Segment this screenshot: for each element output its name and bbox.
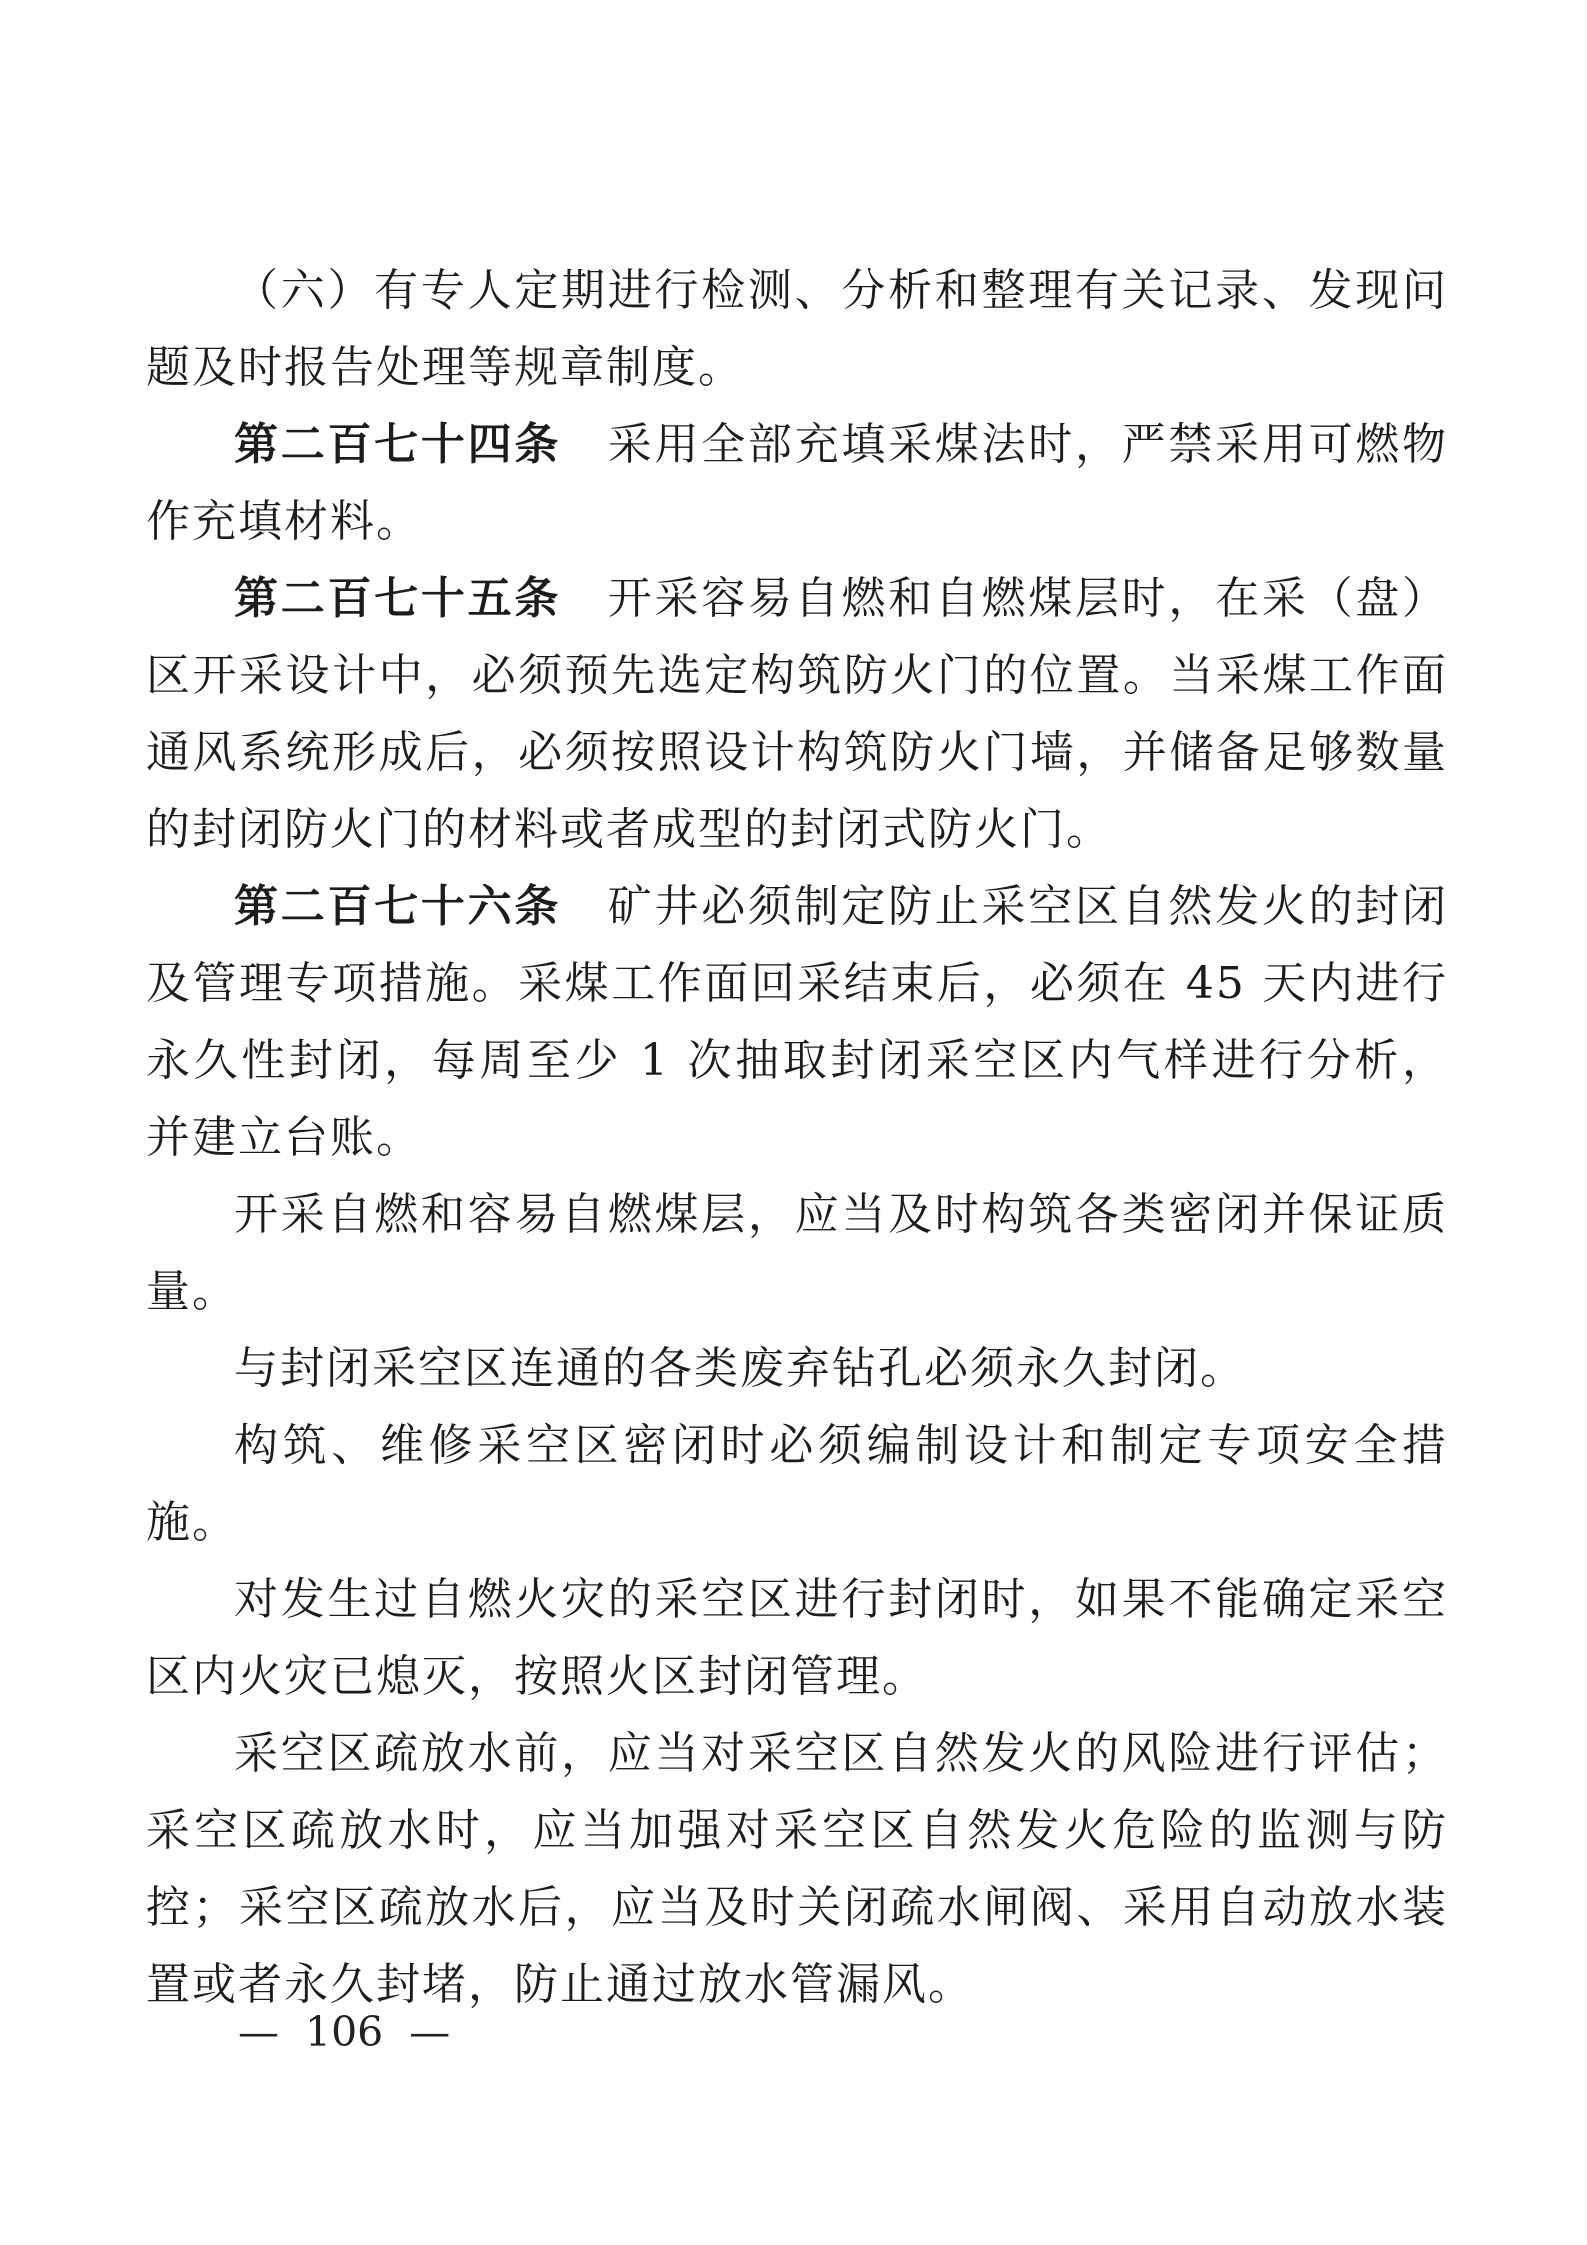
paragraph: 第二百七十四条 采用全部充填采煤法时，严禁采用可燃物作充填材料。: [146, 406, 1448, 560]
paragraph: 第二百七十五条 开采容易自燃和自燃煤层时，在采（盘）区开采设计中，必须预先选定构…: [146, 560, 1448, 868]
paragraph-text: 采空区疏放水前，应当对采空区自然发火的风险进行评估；采空区疏放水时，应当加强对采…: [146, 1728, 1448, 2010]
paragraph: （六）有专人定期进行检测、分析和整理有关记录、发现问题及时报告处理等规章制度。: [146, 252, 1448, 406]
paragraph: 采空区疏放水前，应当对采空区自然发火的风险进行评估；采空区疏放水时，应当加强对采…: [146, 1715, 1448, 2023]
paragraph-text: 开采自燃和容易自燃煤层，应当及时构筑各类密闭并保证质量。: [146, 1189, 1448, 1317]
article-number: 第二百七十六条: [234, 881, 561, 932]
paragraph-text: 与封闭采空区连通的各类废弃钻孔必须永久封闭。: [234, 1343, 1246, 1394]
paragraph-text: （六）有专人定期进行检测、分析和整理有关记录、发现问题及时报告处理等规章制度。: [146, 265, 1448, 393]
paragraph-text: 构筑、维修采空区密闭时必须编制设计和制定专项安全措施。: [146, 1420, 1448, 1548]
article-number: 第二百七十四条: [234, 419, 561, 470]
document-page: （六）有专人定期进行检测、分析和整理有关记录、发现问题及时报告处理等规章制度。第…: [0, 0, 1587, 2245]
page-footer: — 106 —: [238, 2002, 450, 2062]
paragraph: 对发生过自燃火灾的采空区进行封闭时，如果不能确定采空区内火灾已熄灭，按照火区封闭…: [146, 1561, 1448, 1715]
page-number: 106: [305, 2002, 383, 2062]
paragraph: 第二百七十六条 矿井必须制定防止采空区自然发火的封闭及管理专项措施。采煤工作面回…: [146, 868, 1448, 1176]
paragraph: 构筑、维修采空区密闭时必须编制设计和制定专项安全措施。: [146, 1407, 1448, 1561]
footer-right-dash: —: [409, 2002, 450, 2062]
paragraph: 与封闭采空区连通的各类废弃钻孔必须永久封闭。: [146, 1330, 1448, 1407]
paragraph: 开采自燃和容易自燃煤层，应当及时构筑各类密闭并保证质量。: [146, 1176, 1448, 1330]
article-number: 第二百七十五条: [234, 573, 561, 624]
footer-left-dash: —: [238, 2002, 279, 2062]
paragraph-text: 对发生过自燃火灾的采空区进行封闭时，如果不能确定采空区内火灾已熄灭，按照火区封闭…: [146, 1574, 1448, 1702]
document-body: （六）有专人定期进行检测、分析和整理有关记录、发现问题及时报告处理等规章制度。第…: [146, 252, 1448, 2023]
